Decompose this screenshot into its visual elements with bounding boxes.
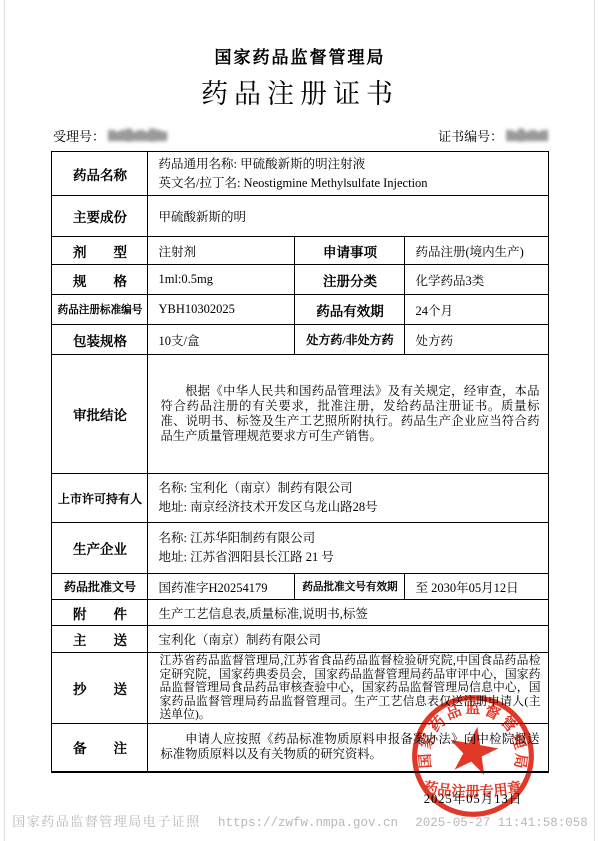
package-value: 10支/盒 [148,325,295,355]
shelf-life-label: 药品有效期 [295,295,405,325]
certificate-number-label: 证书编号： [438,126,503,145]
package-label: 包装规格 [52,325,148,355]
conclusion-label: 审批结论 [52,355,148,474]
row-attachments: 附 件 生产工艺信息表,质量标准,说明书,标签 [52,600,548,626]
approval-no-label: 药品批准文号 [52,574,148,600]
row-manufacturer: 生产企业 名称: 江苏华阳制药有限公司 地址: 江苏省泗阳县长江路 21 号 [52,523,548,574]
row-package-rx: 包装规格 10支/盒 处方药/非处方药 处方药 [52,325,548,355]
certificate-number-value-redacted: ▇▆█▆▇▆▇ [506,128,547,141]
row-approval-conclusion: 审批结论 根据《中华人民共和国药品管理法》及有关规定，经审查，本品符合药品注册的… [52,355,548,474]
footer-url: https://zwfw.nmpa.gov.cn [218,816,398,830]
standard-no-label: 药品注册标准编号 [52,295,148,325]
certificate-number: 证书编号： ▇▆█▆▇▆▇ [438,126,547,145]
approval-no-value: 国药准字H20254179 [148,574,295,600]
drug-name-value: 药品通用名称: 甲硫酸新斯的明注射液 英文名/拉丁名: Neostigmine … [148,152,548,196]
row-spec-class: 规 格 1ml:0.5mg 注册分类 化学药品3类 [52,265,548,295]
drug-generic-name: 药品通用名称: 甲硫酸新斯的明注射液 [158,155,541,174]
license-holder-value: 名称: 宝利化（南京）制药有限公司 地址: 南京经济技术开发区乌龙山路28号 [148,474,548,523]
license-holder-label: 上市许可持有人 [52,474,148,523]
certificate-page: 国家药品监督管理局 药品注册证书 受理号： ▇▆▇█▆▇▆█▇▆ 证书编号： ▇… [0,0,600,841]
page-edge-right [594,0,595,841]
footer-license-label: 国家药品监督管理局电子证照 [12,814,201,829]
drug-english-name: 英文名/拉丁名: Neostigmine Methylsulfate Injec… [158,174,541,193]
attachments-label: 附 件 [52,600,148,626]
manufacturer-label: 生产企业 [52,523,148,574]
attachments-value: 生产工艺信息表,质量标准,说明书,标签 [148,600,548,626]
rx-type-value: 处方药 [405,325,548,355]
main-ingredient-value: 甲硫酸新斯的明 [148,196,548,237]
acceptance-number: 受理号： ▇▆▇█▆▇▆█▇▆ [53,126,166,145]
approval-no-validity-label: 药品批准文号有效期 [295,574,405,600]
acceptance-number-label: 受理号： [53,126,105,145]
acceptance-number-value-redacted: ▇▆▇█▆▇▆█▇▆ [108,128,166,141]
seal-title-text: 药品注册专用章 [422,778,523,801]
row-dosage-application: 剂 型 注射剂 申请事项 药品注册(境内生产) [52,237,548,265]
issuing-authority: 国家药品监督管理局 [0,0,600,69]
certificate-meta-row: 受理号： ▇▆▇█▆▇▆█▇▆ 证书编号： ▇▆█▆▇▆▇ [0,126,600,144]
spec-label: 规 格 [52,265,148,295]
row-standard-validity: 药品注册标准编号 YBH10302025 药品有效期 24个月 [52,295,548,325]
footer-note: 国家药品监督管理局电子证照 https://zwfw.nmpa.gov.cn 2… [0,811,600,830]
row-main-recipient: 主 送 宝利化（南京）制药有限公司 [52,626,548,653]
drug-name-label: 药品名称 [52,152,148,196]
main-recipient-label: 主 送 [52,626,148,653]
row-license-holder: 上市许可持有人 名称: 宝利化（南京）制药有限公司 地址: 南京经济技术开发区乌… [52,474,548,523]
cc-label: 抄 送 [52,653,148,724]
row-drug-name: 药品名称 药品通用名称: 甲硫酸新斯的明注射液 英文名/拉丁名: Neostig… [52,152,548,196]
seal-title-text-wrap: 药品注册专用章 [422,778,523,801]
manufacturer-value: 名称: 江苏华阳制药有限公司 地址: 江苏省泗阳县长江路 21 号 [148,523,548,574]
shelf-life-value: 24个月 [405,295,548,325]
seal-star-icon [445,722,501,776]
application-item-label: 申请事项 [295,237,405,265]
reg-class-value: 化学药品3类 [405,265,548,295]
remarks-label: 备 注 [52,723,148,772]
holder-name: 名称: 宝利化（南京）制药有限公司 [158,479,541,498]
main-recipient-value: 宝利化（南京）制药有限公司 [148,626,548,653]
footer-timestamp: 2025-05-27 11:41:58:058 [415,816,588,830]
row-main-ingredient: 主要成份 甲硫酸新斯的明 [52,196,548,237]
main-ingredient-label: 主要成份 [52,196,148,237]
standard-no-value: YBH10302025 [148,295,295,325]
reg-class-label: 注册分类 [295,265,405,295]
dosage-form-label: 剂 型 [52,237,148,265]
holder-address: 地址: 南京经济技术开发区乌龙山路28号 [158,498,541,517]
conclusion-cell: 根据《中华人民共和国药品管理法》及有关规定，经审查，本品符合药品注册的有关要求，… [148,355,548,474]
dosage-form-value: 注射剂 [148,237,295,265]
row-approval-number: 药品批准文号 国药准字H20254179 药品批准文号有效期 至 2030年05… [52,574,548,600]
application-item-value: 药品注册(境内生产) [405,237,548,265]
rx-type-label: 处方药/非处方药 [295,325,405,355]
manufacturer-address: 地址: 江苏省泗阳县长江路 21 号 [158,548,541,567]
approval-no-validity-value: 至 2030年05月12日 [405,574,548,600]
conclusion-text: 根据《中华人民共和国药品管理法》及有关规定，经审查，本品符合药品注册的有关要求，… [160,384,539,444]
spec-value: 1ml:0.5mg [148,265,295,295]
certificate-title: 药品注册证书 [0,77,600,111]
page-edge-left [4,0,5,841]
manufacturer-name: 名称: 江苏华阳制药有限公司 [158,529,541,548]
